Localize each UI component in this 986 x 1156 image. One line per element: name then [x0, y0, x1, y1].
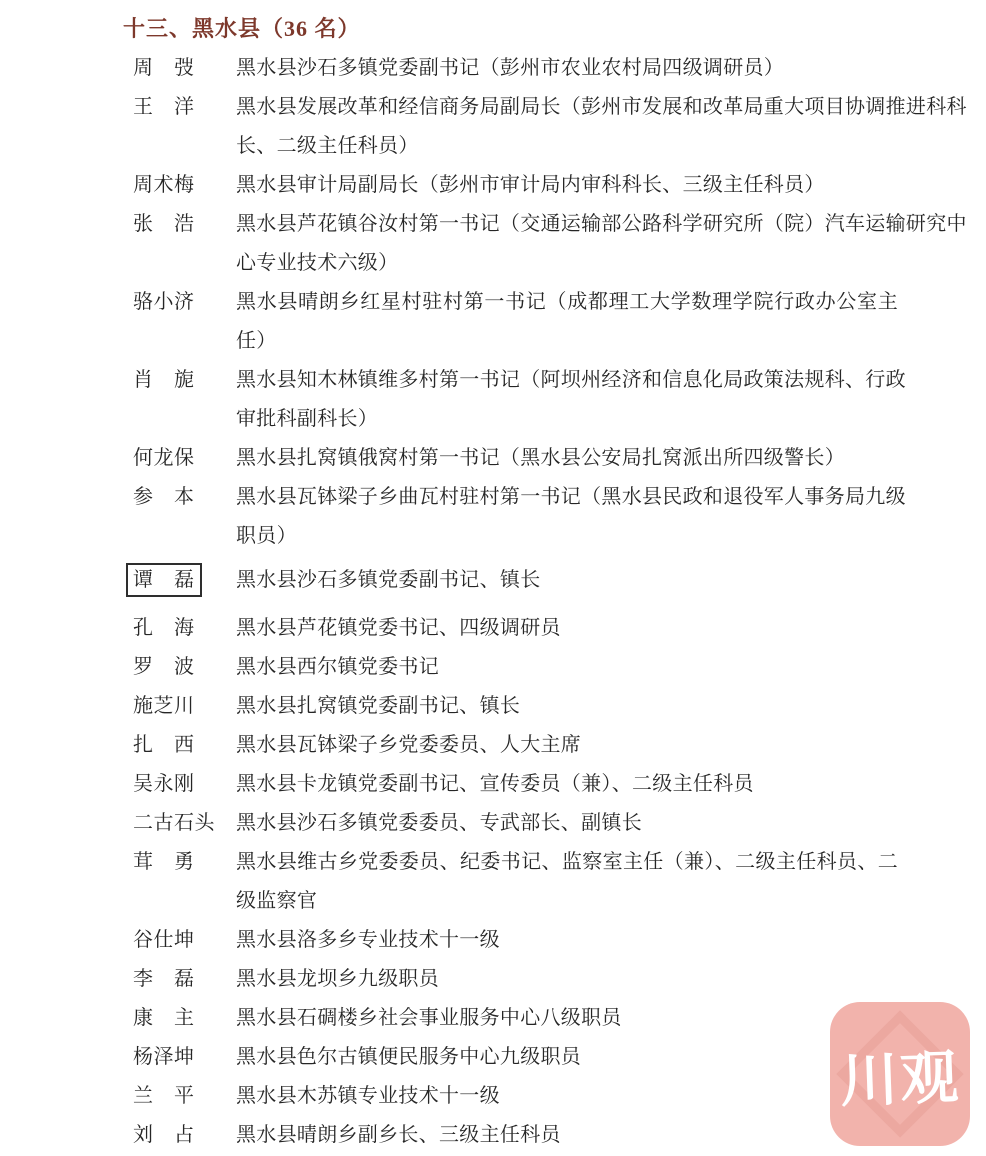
- position-line: 黑水县瓦钵梁子乡曲瓦村驻村第一书记（黑水县民政和退役军人事务局九级: [236, 478, 898, 517]
- person-position: 黑水县维古乡党委委员、纪委书记、监察室主任（兼）、二级主任科员、二级监察官: [236, 843, 898, 921]
- position-line: 黑水县洛多乡专业技术十一级: [236, 921, 898, 960]
- person-position: 黑水县瓦钵梁子乡曲瓦村驻村第一书记（黑水县民政和退役军人事务局九级职员）: [236, 478, 898, 556]
- position-line: 黑水县沙石多镇党委副书记（彭州市农业农村局四级调研员）: [236, 49, 898, 88]
- highlight-box: 谭 磊: [126, 563, 202, 597]
- position-line: 职员）: [236, 517, 898, 556]
- person-name: 周 弢: [133, 49, 236, 88]
- roster-entry: 茸 勇 黑水县维古乡党委委员、纪委书记、监察室主任（兼）、二级主任科员、二级监察…: [133, 843, 923, 921]
- section-title: 十三、黑水县（36 名）: [123, 12, 361, 43]
- person-name: 张 浩: [133, 205, 236, 244]
- position-line: 黑水县木苏镇专业技术十一级: [236, 1077, 898, 1116]
- position-line: 黑水县扎窝镇俄窝村第一书记（黑水县公安局扎窝派出所四级警长）: [236, 439, 898, 478]
- person-name: 王 洋: [133, 88, 236, 127]
- person-position: 黑水县发展改革和经信商务局副局长（彭州市发展和改革局重大项目协调推进科科长、二级…: [236, 88, 898, 166]
- roster-entry: 何龙保 黑水县扎窝镇俄窝村第一书记（黑水县公安局扎窝派出所四级警长）: [133, 439, 923, 478]
- person-position: 黑水县色尔古镇便民服务中心九级职员: [236, 1038, 898, 1077]
- person-position: 黑水县沙石多镇党委副书记、镇长: [236, 561, 898, 600]
- person-name: 兰 平: [133, 1077, 236, 1116]
- roster-entry: 周术梅 黑水县审计局副局长（彭州市审计局内审科科长、三级主任科员）: [133, 166, 923, 205]
- roster-entry: 周 弢 黑水县沙石多镇党委副书记（彭州市农业农村局四级调研员）: [133, 49, 923, 88]
- roster-entry: 二古石头 黑水县沙石多镇党委委员、专武部长、副镇长: [133, 804, 923, 843]
- roster-entry: 骆小济 黑水县晴朗乡红星村驻村第一书记（成都理工大学数理学院行政办公室主任）: [133, 283, 923, 361]
- chuanguan-watermark: 川观: [830, 1002, 970, 1146]
- person-position: 黑水县知木林镇维多村第一书记（阿坝州经济和信息化局政策法规科、行政审批科副科长）: [236, 361, 898, 439]
- position-line: 黑水县瓦钵梁子乡党委委员、人大主席: [236, 726, 898, 765]
- position-line: 黑水县芦花镇谷汝村第一书记（交通运输部公路科学研究所（院）汽车运输研究中: [236, 205, 898, 244]
- person-name: 谷仕坤: [133, 921, 236, 960]
- person-position: 黑水县洛多乡专业技术十一级: [236, 921, 898, 960]
- position-line: 任）: [236, 322, 898, 361]
- position-line: 黑水县石碉楼乡社会事业服务中心八级职员: [236, 999, 898, 1038]
- position-line: 黑水县审计局副局长（彭州市审计局内审科科长、三级主任科员）: [236, 166, 898, 205]
- person-name: 肖 旎: [133, 361, 236, 400]
- position-line: 心专业技术六级）: [236, 244, 898, 283]
- person-position: 黑水县晴朗乡副乡长、三级主任科员: [236, 1116, 898, 1155]
- roster-entry: 康 主 黑水县石碉楼乡社会事业服务中心八级职员: [133, 999, 923, 1038]
- person-name: 周术梅: [133, 166, 236, 205]
- person-position: 黑水县芦花镇谷汝村第一书记（交通运输部公路科学研究所（院）汽车运输研究中心专业技…: [236, 205, 898, 283]
- position-line: 黑水县龙坝乡九级职员: [236, 960, 898, 999]
- position-line: 级监察官: [236, 882, 898, 921]
- position-line: 黑水县沙石多镇党委委员、专武部长、副镇长: [236, 804, 898, 843]
- person-position: 黑水县扎窝镇俄窝村第一书记（黑水县公安局扎窝派出所四级警长）: [236, 439, 898, 478]
- person-position: 黑水县西尔镇党委书记: [236, 648, 898, 687]
- position-line: 审批科副科长）: [236, 400, 898, 439]
- roster-entry: 张 浩 黑水县芦花镇谷汝村第一书记（交通运输部公路科学研究所（院）汽车运输研究中…: [133, 205, 923, 283]
- person-name: 扎 西: [133, 726, 236, 765]
- person-position: 黑水县沙石多镇党委委员、专武部长、副镇长: [236, 804, 898, 843]
- person-position: 黑水县芦花镇党委书记、四级调研员: [236, 609, 898, 648]
- position-line: 黑水县维古乡党委委员、纪委书记、监察室主任（兼）、二级主任科员、二: [236, 843, 898, 882]
- roster-entry: 谭 磊 黑水县沙石多镇党委副书记、镇长: [133, 561, 923, 600]
- position-line: 黑水县卡龙镇党委副书记、宣传委员（兼）、二级主任科员: [236, 765, 898, 804]
- roster-entry: 肖 旎 黑水县知木林镇维多村第一书记（阿坝州经济和信息化局政策法规科、行政审批科…: [133, 361, 923, 439]
- person-position: 黑水县瓦钵梁子乡党委委员、人大主席: [236, 726, 898, 765]
- roster-entry: 李 磊 黑水县龙坝乡九级职员: [133, 960, 923, 999]
- position-line: 黑水县知木林镇维多村第一书记（阿坝州经济和信息化局政策法规科、行政: [236, 361, 898, 400]
- position-line: 黑水县晴朗乡副乡长、三级主任科员: [236, 1116, 898, 1155]
- person-name: 骆小济: [133, 283, 236, 322]
- roster-entry: 罗 波 黑水县西尔镇党委书记: [133, 648, 923, 687]
- person-position: 黑水县龙坝乡九级职员: [236, 960, 898, 999]
- person-position: 黑水县审计局副局长（彭州市审计局内审科科长、三级主任科员）: [236, 166, 898, 205]
- position-line: 黑水县西尔镇党委书记: [236, 648, 898, 687]
- position-line: 黑水县色尔古镇便民服务中心九级职员: [236, 1038, 898, 1077]
- person-position: 黑水县晴朗乡红星村驻村第一书记（成都理工大学数理学院行政办公室主任）: [236, 283, 898, 361]
- person-name: 刘 占: [133, 1116, 236, 1155]
- roster-entry: 扎 西 黑水县瓦钵梁子乡党委委员、人大主席: [133, 726, 923, 765]
- position-line: 黑水县扎窝镇党委副书记、镇长: [236, 687, 898, 726]
- person-position: 黑水县卡龙镇党委副书记、宣传委员（兼）、二级主任科员: [236, 765, 898, 804]
- person-position: 黑水县木苏镇专业技术十一级: [236, 1077, 898, 1116]
- roster-entry: 施芝川 黑水县扎窝镇党委副书记、镇长: [133, 687, 923, 726]
- person-name: 孔 海: [133, 609, 236, 648]
- person-name: 二古石头: [133, 804, 236, 843]
- roster-entry: 王 洋 黑水县发展改革和经信商务局副局长（彭州市发展和改革局重大项目协调推进科科…: [133, 88, 923, 166]
- person-name: 李 磊: [133, 960, 236, 999]
- roster-list: 周 弢 黑水县沙石多镇党委副书记（彭州市农业农村局四级调研员） 王 洋 黑水县发…: [133, 49, 923, 1155]
- person-position: 黑水县扎窝镇党委副书记、镇长: [236, 687, 898, 726]
- position-line: 黑水县芦花镇党委书记、四级调研员: [236, 609, 898, 648]
- roster-entry: 刘 占 黑水县晴朗乡副乡长、三级主任科员: [133, 1116, 923, 1155]
- position-line: 黑水县晴朗乡红星村驻村第一书记（成都理工大学数理学院行政办公室主: [236, 283, 898, 322]
- position-line: 长、二级主任科员）: [236, 127, 898, 166]
- person-name: 何龙保: [133, 439, 236, 478]
- person-name: 参 本: [133, 478, 236, 517]
- position-line: 黑水县发展改革和经信商务局副局长（彭州市发展和改革局重大项目协调推进科科: [236, 88, 898, 127]
- roster-entry: 兰 平 黑水县木苏镇专业技术十一级: [133, 1077, 923, 1116]
- person-name: 吴永刚: [133, 765, 236, 804]
- person-name: 施芝川: [133, 687, 236, 726]
- person-position: 黑水县石碉楼乡社会事业服务中心八级职员: [236, 999, 898, 1038]
- person-position: 黑水县沙石多镇党委副书记（彭州市农业农村局四级调研员）: [236, 49, 898, 88]
- watermark-text: 川观: [828, 1000, 973, 1149]
- roster-entry: 吴永刚 黑水县卡龙镇党委副书记、宣传委员（兼）、二级主任科员: [133, 765, 923, 804]
- person-name: 杨泽坤: [133, 1038, 236, 1077]
- roster-entry: 杨泽坤 黑水县色尔古镇便民服务中心九级职员: [133, 1038, 923, 1077]
- person-name: 茸 勇: [133, 843, 236, 882]
- person-name: 谭 磊: [133, 561, 236, 600]
- roster-entry: 孔 海 黑水县芦花镇党委书记、四级调研员: [133, 609, 923, 648]
- position-line: 黑水县沙石多镇党委副书记、镇长: [236, 561, 898, 600]
- roster-entry: 参 本 黑水县瓦钵梁子乡曲瓦村驻村第一书记（黑水县民政和退役军人事务局九级职员）: [133, 478, 923, 556]
- person-name: 康 主: [133, 999, 236, 1038]
- roster-entry: 谷仕坤 黑水县洛多乡专业技术十一级: [133, 921, 923, 960]
- person-name: 罗 波: [133, 648, 236, 687]
